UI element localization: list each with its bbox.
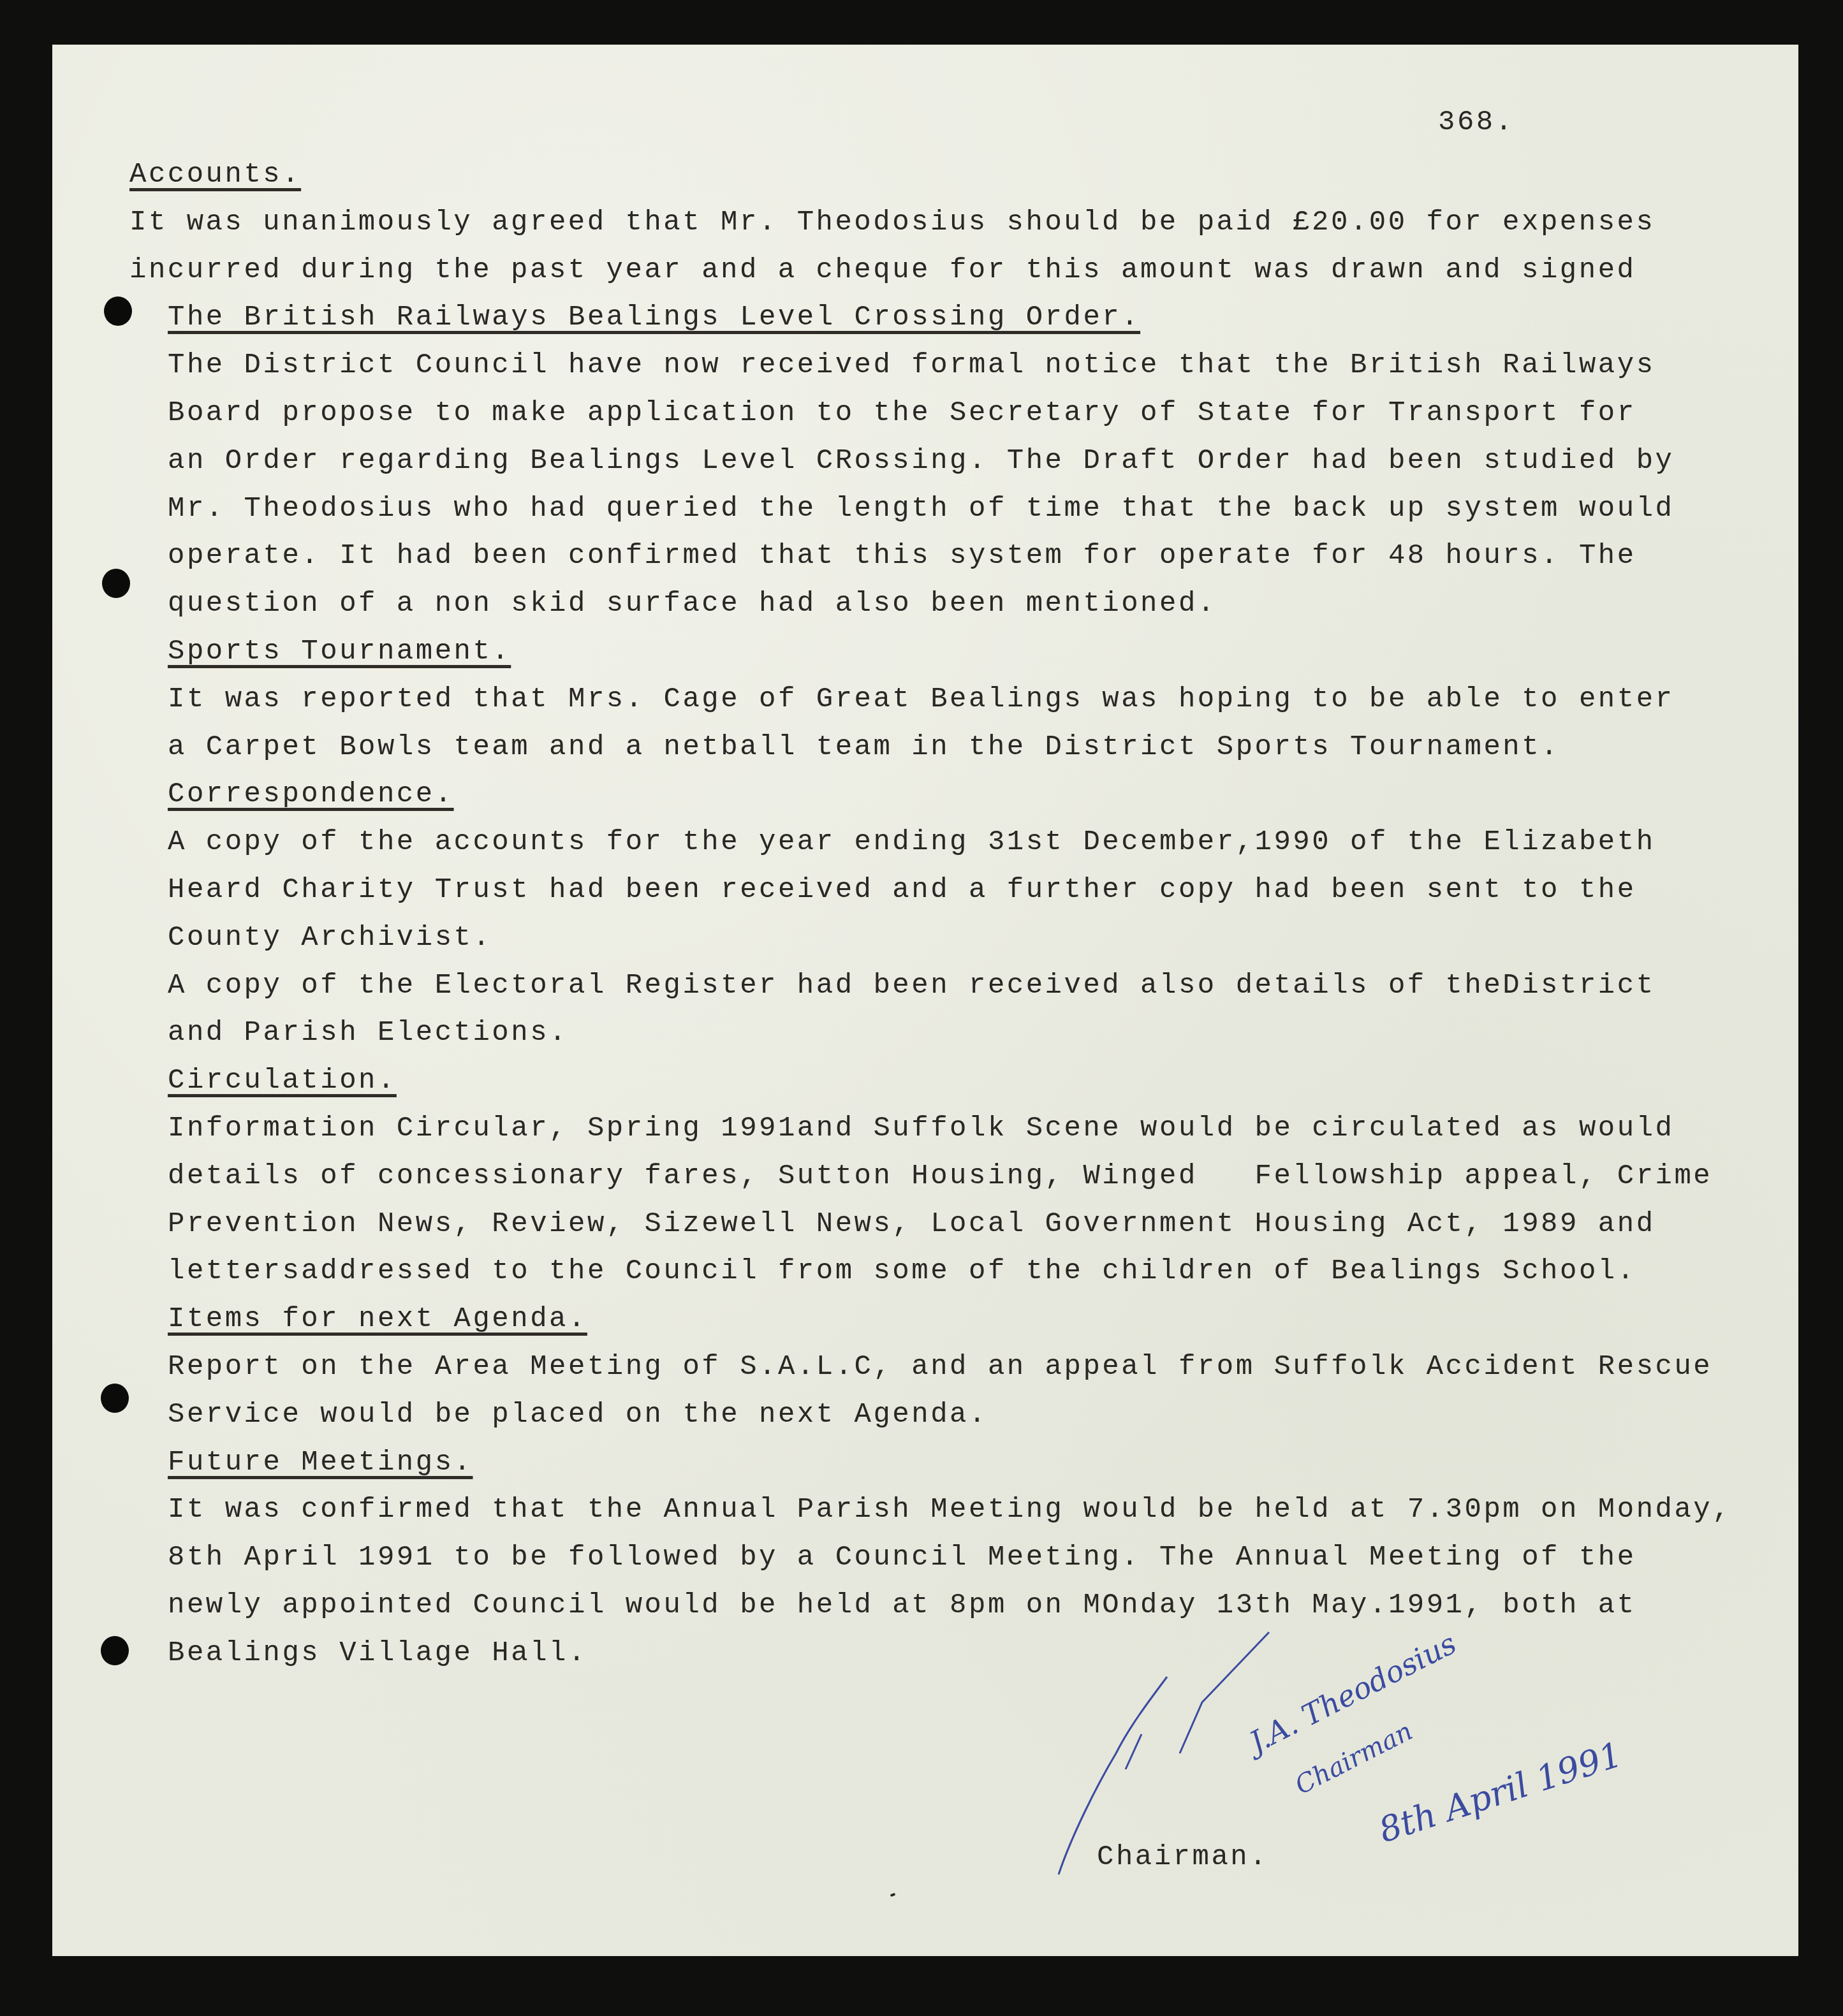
body-line: Bealings Village Hall. [168, 1635, 587, 1671]
body-line: a Carpet Bowls team and a netball team i… [168, 729, 1560, 765]
punch-hole [101, 1384, 129, 1413]
section-heading: Sports Tournament. [168, 634, 511, 669]
section-heading: Accounts. [129, 157, 301, 193]
body-line: Service would be placed on the next Agen… [168, 1397, 988, 1433]
body-line: Mr. Theodosius who had queried the lengt… [168, 491, 1674, 527]
section-heading: Correspondence. [168, 777, 454, 812]
body-line: details of concessionary fares, Sutton H… [168, 1158, 1712, 1194]
punch-hole [101, 1636, 129, 1665]
section-heading: Items for next Agenda. [168, 1301, 587, 1337]
page-number: 368. [1438, 105, 1515, 140]
body-line: County Archivist. [168, 920, 492, 956]
section-heading: Circulation. [168, 1063, 397, 1099]
body-line: The District Council have now received f… [168, 347, 1656, 383]
body-line: It was unanimously agreed that Mr. Theod… [129, 205, 1655, 240]
body-line: newly appointed Council would be held at… [168, 1588, 1636, 1623]
body-line: A copy of the Electoral Register had bee… [168, 968, 1656, 1004]
chairman-label: Chairman. [1097, 1839, 1268, 1875]
body-line: operate. It had been confirmed that this… [168, 538, 1636, 574]
body-line: Prevention News, Review, Sizewell News, … [168, 1206, 1656, 1242]
body-line: Board propose to make application to the… [168, 395, 1636, 431]
body-line: Heard Charity Trust had been received an… [168, 872, 1636, 908]
body-line: an Order regarding Bealings Level CRossi… [168, 443, 1674, 479]
signature-date: 8th April 1991 [1374, 1734, 1627, 1850]
section-heading: Future Meetings. [168, 1445, 473, 1480]
body-line: 8th April 1991 to be followed by a Counc… [168, 1540, 1636, 1575]
body-line: A copy of the accounts for the year endi… [168, 824, 1656, 860]
body-line: Information Circular, Spring 1991and Suf… [168, 1111, 1674, 1146]
punch-hole [104, 296, 132, 326]
body-line: It was reported that Mrs. Cage of Great … [168, 682, 1674, 717]
body-line: Report on the Area Meeting of S.A.L.C, a… [168, 1349, 1712, 1385]
signature-name: J.A. Theodosius [1239, 1626, 1462, 1762]
body-line: question of a non skid surface had also … [168, 586, 1217, 622]
body-line: It was confirmed that the Annual Parish … [168, 1492, 1731, 1528]
body-line: incurred during the past year and a cheq… [129, 252, 1636, 288]
punch-hole [102, 569, 130, 598]
body-line: lettersaddressed to the Council from som… [168, 1253, 1636, 1289]
section-heading: The British Railways Bealings Level Cros… [168, 300, 1140, 335]
body-line: and Parish Elections. [168, 1015, 568, 1051]
